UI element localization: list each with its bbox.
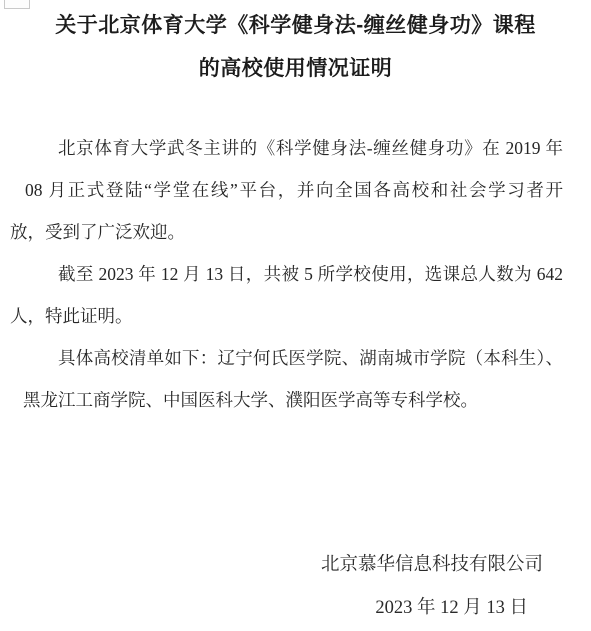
paragraph-2: 截至 2023 年 12 月 13 日，共被 5 所学校使用，选课总人数为 64…	[10, 253, 563, 337]
document-title-line-2: 的高校使用情况证明	[0, 47, 591, 90]
document-body: 北京体育大学武冬主讲的《科学健身法-缠丝健身功》在 2019 年 08 月正式登…	[10, 127, 563, 421]
document-title: 关于北京体育大学《科学健身法-缠丝健身功》课程 的高校使用情况证明	[0, 4, 591, 90]
paragraph-1: 北京体育大学武冬主讲的《科学健身法-缠丝健身功》在 2019 年 08 月正式登…	[10, 127, 563, 253]
body-line: 北京体育大学武冬主讲的《科学健身法-缠丝健身功》在 2019 年	[10, 127, 563, 169]
body-line: 放，受到了广泛欢迎。	[10, 211, 563, 253]
document-title-line-1: 关于北京体育大学《科学健身法-缠丝健身功》课程	[0, 4, 591, 47]
signature-date: 2023 年 12 月 13 日	[0, 587, 591, 629]
body-line: 08 月正式登陆“学堂在线”平台，并向全国各高校和社会学习者开	[10, 169, 563, 211]
paragraph-3: 具体高校清单如下：辽宁何氏医学院、湖南城市学院（本科生）、 黑龙江工商学院、中国…	[10, 337, 563, 421]
body-line: 人，特此证明。	[10, 295, 563, 337]
certificate-document-page: 关于北京体育大学《科学健身法-缠丝健身功》课程 的高校使用情况证明 北京体育大学…	[0, 0, 591, 631]
body-line: 具体高校清单如下：辽宁何氏医学院、湖南城市学院（本科生）、	[10, 337, 563, 379]
body-line: 黑龙江工商学院、中国医科大学、濮阳医学高等专科学校。	[10, 379, 563, 421]
signature-company-name: 北京慕华信息科技有限公司	[0, 544, 591, 586]
body-line: 截至 2023 年 12 月 13 日，共被 5 所学校使用，选课总人数为 64…	[10, 253, 563, 295]
